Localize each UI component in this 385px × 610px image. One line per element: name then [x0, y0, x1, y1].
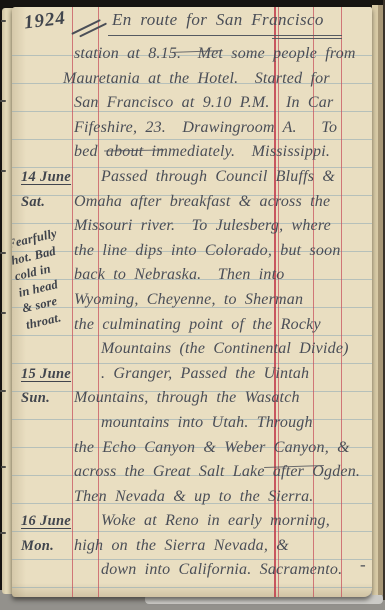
year-label: 1924 — [23, 8, 67, 35]
journal-line: San Francisco at 9.10 P.M. In Car — [12, 91, 372, 116]
journal-line: Mon.high on the Sierra Nevada, & — [12, 534, 372, 559]
journal-line: 16 JuneWoke at Reno in early morning, — [12, 509, 372, 534]
journal-line: 15 June. Granger, Passed the Uintah — [12, 362, 372, 387]
edge-ink-mark — [0, 252, 6, 254]
entry-text: the culminating point of the Rocky — [74, 313, 321, 338]
edge-ink-mark — [0, 390, 6, 392]
entry-text: Mountains (the Continental Divide) — [101, 337, 349, 362]
journal-line: Mountains (the Continental Divide) — [12, 337, 372, 362]
journal-line: mountains into Utah. Through — [12, 411, 372, 436]
edge-ink-mark — [1, 312, 6, 314]
entry-text: station at 8.15. Met some people from — [74, 42, 356, 67]
journal-line: across the Great Salt Lake after Ogden. — [12, 460, 372, 485]
entry-text: mountains into Utah. Through — [101, 411, 313, 436]
entry-text: Wyoming, Cheyenne, to Sherman — [74, 288, 303, 313]
entry-date-label: 15 June — [21, 362, 71, 387]
entry-day-label: Mon. — [21, 534, 54, 559]
entry-text: the Echo Canyon & Weber Canyon, & — [74, 436, 350, 461]
edge-ink-mark — [1, 170, 6, 172]
entry-text: Woke at Reno in early morning, — [101, 509, 330, 534]
journal-line: 14 JunePassed through Council Bluffs & — [12, 165, 372, 190]
edge-ink-mark — [0, 532, 6, 534]
entry-date-label: 14 June — [21, 165, 71, 190]
journal-line: Mauretania at the Hotel. Started for — [12, 67, 372, 92]
entry-text: Missouri river. To Julesberg, where — [74, 214, 331, 239]
scan-background: 1924 En route for San Francisco station … — [0, 0, 385, 610]
journal-line: the Echo Canyon & Weber Canyon, & — [12, 436, 372, 461]
edge-ink-mark — [0, 100, 6, 102]
journal-line: station at 8.15. Met some people from — [12, 42, 372, 67]
entry-text: across the Great Salt Lake after Ogden. — [74, 460, 360, 485]
title-underline — [108, 35, 342, 36]
year-flourish — [79, 23, 107, 38]
entry-text: Fifeshire, 23. Drawingroom A. To — [74, 116, 337, 141]
entry-day-label: Sun. — [21, 386, 50, 411]
entry-text: Passed through Council Bluffs & — [101, 165, 335, 190]
entry-text: San Francisco at 9.10 P.M. In Car — [74, 91, 333, 116]
entry-text: . Granger, Passed the Uintah — [101, 362, 309, 387]
page-title: En route for San Francisco — [112, 10, 324, 30]
journal-page: 1924 En route for San Francisco station … — [12, 7, 372, 597]
journal-line: Sun.Mountains, through the Wasatch — [12, 386, 372, 411]
journal-line: Sat.Omaha after breakfast & across the — [12, 190, 372, 215]
entry-text: Mountains, through the Wasatch — [74, 386, 300, 411]
edge-ink-mark — [1, 20, 6, 22]
entry-text: the line dips into Colorado, but soon — [74, 239, 341, 264]
journal-line: bed about immediately. Mississippi. — [12, 140, 372, 165]
entry-text: back to Nebraska. Then into — [74, 263, 284, 288]
entry-text: down into California. Sacramento. — [101, 558, 342, 583]
entry-date-label: 16 June — [21, 509, 71, 534]
journal-line: Then Nevada & up to the Sierra. — [12, 485, 372, 510]
trailing-mark: - — [360, 555, 366, 575]
edge-ink-mark — [1, 466, 6, 468]
journal-line: down into California. Sacramento. — [12, 558, 372, 583]
entry-text: high on the Sierra Nevada, & — [74, 534, 289, 559]
entry-text: Mauretania at the Hotel. Started for — [63, 67, 330, 92]
title-underline — [272, 38, 342, 39]
entry-text: Then Nevada & up to the Sierra. — [74, 485, 314, 510]
entry-text: Omaha after breakfast & across the — [74, 190, 330, 215]
entry-day-label: Sat. — [21, 190, 45, 215]
journal-line: Fifeshire, 23. Drawingroom A. To — [12, 116, 372, 141]
entry-text: bed about immediately. Mississippi. — [74, 140, 330, 165]
